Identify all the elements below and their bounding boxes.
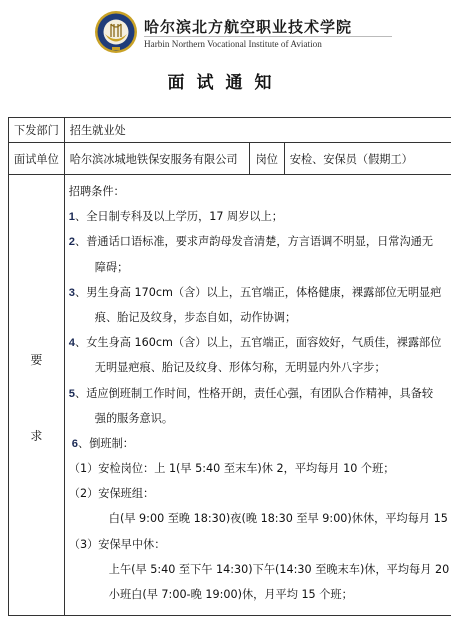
unit-value: 哈尔滨冰城地铁保安服务有限公司: [64, 143, 249, 175]
post-value: 安检、安保员（假期工）: [284, 143, 451, 175]
list-item-continued: 痕、胎记及纹身，步态自如，动作协调；: [69, 305, 451, 330]
header-divider: [144, 36, 392, 37]
unit-label: 面试单位: [9, 143, 65, 175]
shift-item: （3）安保早中休：: [69, 532, 451, 557]
page-title: 面试通知: [0, 68, 451, 93]
table-row-unit: 面试单位 哈尔滨冰城地铁保安服务有限公司 岗位 安检、安保员（假期工）: [9, 143, 451, 175]
shift-item: （1）安检岗位：上 1(早 5:40 至末车)休 2，平均每月 10 个班；: [69, 456, 451, 481]
requirements-content: 招聘条件： 1、全日制专科及以上学历，17 周岁以上； 2、普通话口语标准，要求…: [64, 175, 451, 616]
requirements-label: 要 求: [9, 175, 65, 616]
school-emblem-icon: [94, 10, 138, 54]
list-item-continued: 无明显疤痕、胎记及纹身、形体匀称，无明显内外八字步；: [69, 355, 451, 380]
notice-table: 下发部门 招生就业处 面试单位 哈尔滨冰城地铁保安服务有限公司 岗位 安检、安保…: [8, 117, 451, 616]
school-header: 哈尔滨北方航空职业技术学院 Harbin Northern Vocational…: [94, 8, 394, 54]
list-item: 6、倒班制：: [69, 431, 451, 456]
list-item-continued: 强的服务意识。: [69, 406, 451, 431]
school-name-cn: 哈尔滨北方航空职业技术学院: [144, 16, 352, 37]
shift-detail: 白(早 9:00 至晚 18:30)夜(晚 18:30 至早 9:00)休休，平…: [69, 506, 451, 531]
list-item: 3、男生身高 170cm（含）以上，五官端正，体格健康，裸露部位无明显疤: [69, 280, 451, 305]
shift-item: （2）安保班组：: [69, 481, 451, 506]
list-item: 5、适应倒班制工作时间，性格开朗，责任心强，有团队合作精神，具备较: [69, 381, 451, 406]
table-row-dept: 下发部门 招生就业处: [9, 118, 451, 143]
requirements-heading: 招聘条件：: [69, 179, 451, 204]
dept-label: 下发部门: [9, 118, 65, 143]
shift-detail: 上午(早 5:40 至下午 14:30)下午(14:30 至晚末车)休，平均每月…: [69, 557, 451, 582]
shift-detail: 小班白(早 7:00-晚 19:00)休，月平均 15 个班；: [69, 582, 451, 607]
post-label: 岗位: [249, 143, 284, 175]
list-item: 4、女生身高 160cm（含）以上，五官端正，面容姣好，气质佳，裸露部位: [69, 330, 451, 355]
list-item: 1、全日制专科及以上学历，17 周岁以上；: [69, 204, 451, 229]
dept-value: 招生就业处: [64, 118, 451, 143]
table-row-requirements: 要 求 招聘条件： 1、全日制专科及以上学历，17 周岁以上； 2、普通话口语标…: [9, 175, 451, 616]
school-name-en: Harbin Northern Vocational Institute of …: [144, 39, 322, 49]
list-item-continued: 障碍；: [69, 255, 451, 280]
list-item: 2、普通话口语标准，要求声韵母发音清楚，方言语调不明显，日常沟通无: [69, 229, 451, 254]
